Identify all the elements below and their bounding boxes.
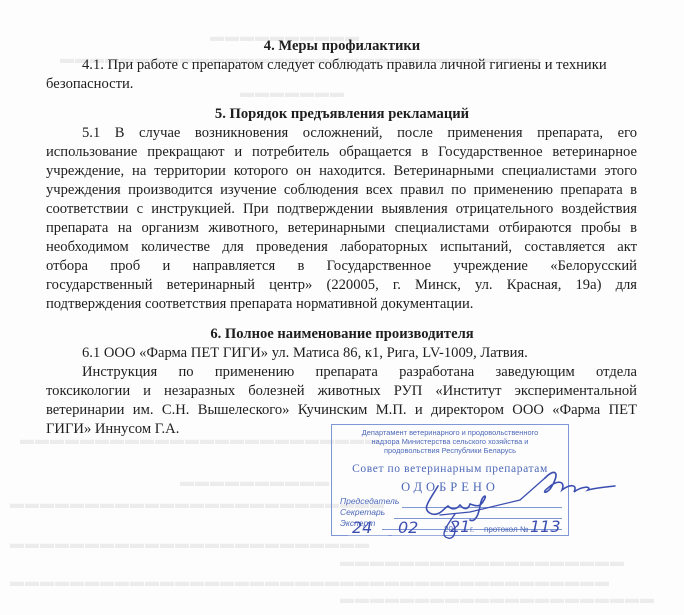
document-page: ▬▬▬▬▬▬▬▬▬▬ ▬▬▬▬▬▬▬▬▬▬▬▬▬▬▬▬▬▬▬▬▬▬▬▬▬▬▬▬▬… [0, 0, 684, 615]
signature-icon [0, 0, 684, 615]
